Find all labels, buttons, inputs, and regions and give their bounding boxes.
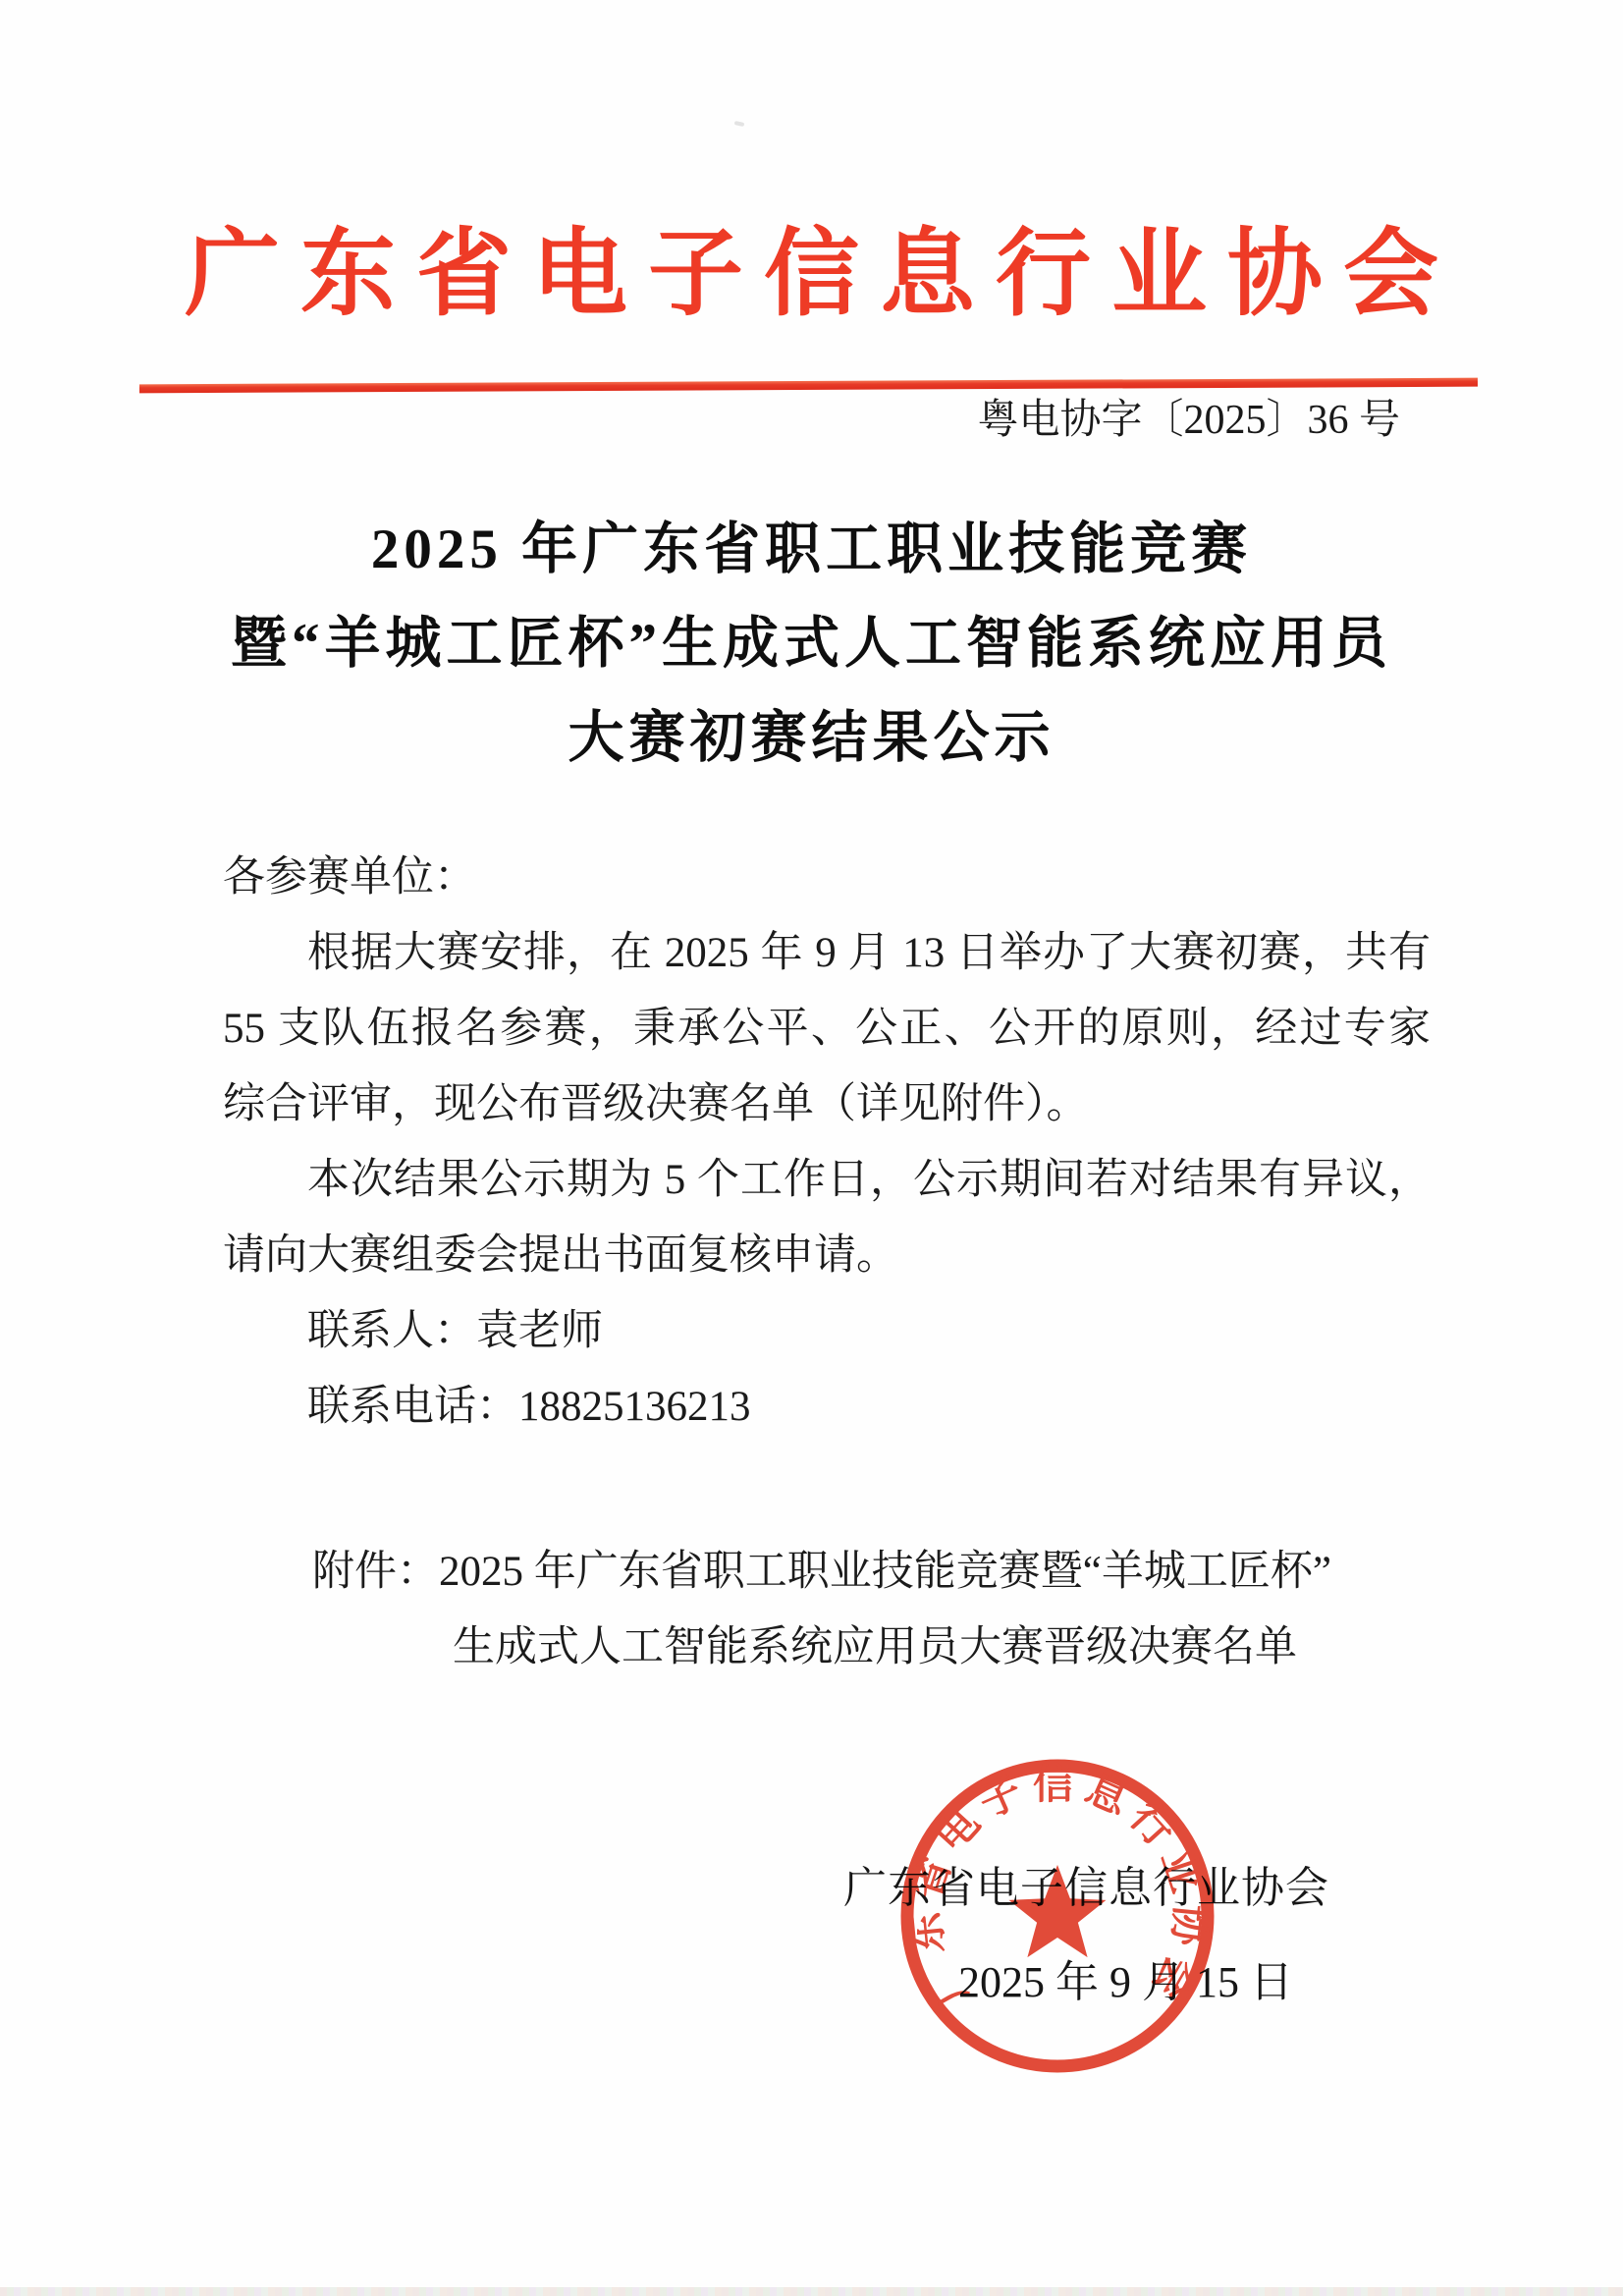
body-line: 请向大赛组委会提出书面复核申请。	[223, 1218, 1431, 1293]
contact-phone: 联系电话：18825136213	[223, 1369, 1431, 1445]
seal-star-icon	[1009, 1865, 1107, 1957]
scan-speck	[734, 121, 745, 127]
body-line: 根据大赛安排，在 2025 年 9 月 13 日举办了大赛初赛，共有	[223, 915, 1431, 991]
attachment-line-2: 生成式人工智能系统应用员大赛晋级决赛名单	[312, 1610, 1331, 1685]
doc-number: 粤电协字〔2025〕36 号	[977, 398, 1400, 443]
notice-title-line-2: 暨“羊城工匠杯”生成式人工智能系统应用员	[0, 597, 1623, 691]
body-text: 各参赛单位： 根据大赛安排，在 2025 年 9 月 13 日举办了大赛初赛，共…	[223, 840, 1431, 1445]
contact-person: 联系人：袁老师	[223, 1293, 1431, 1369]
official-seal: 广东省电子信息行业协会	[893, 1752, 1221, 2080]
notice-title: 2025 年广东省职工职业技能竞赛 暨“羊城工匠杯”生成式人工智能系统应用员 大…	[0, 503, 1623, 786]
notice-title-line-3: 大赛初赛结果公示	[0, 691, 1623, 786]
body-line: 本次结果公示期为 5 个工作日，公示期间若对结果有异议，	[223, 1142, 1431, 1218]
red-separator-line	[139, 378, 1478, 394]
document-page: 广东省电子信息行业协会 粤电协字〔2025〕36 号 2025 年广东省职工职业…	[0, 0, 1623, 2296]
body-line: 综合评审，现公布晋级决赛名单（详见附件）。	[223, 1066, 1431, 1142]
body-line: 55 支队伍报名参赛，秉承公平、公正、公开的原则，经过专家	[223, 991, 1431, 1066]
attachment-line-1: 附件：2025 年广东省职工职业技能竞赛暨“羊城工匠杯”	[312, 1534, 1331, 1610]
notice-title-line-1: 2025 年广东省职工职业技能竞赛	[0, 503, 1623, 597]
scan-artifact-strip	[0, 2287, 1623, 2296]
attachment-note: 附件：2025 年广东省职工职业技能竞赛暨“羊城工匠杯” 生成式人工智能系统应用…	[312, 1534, 1331, 1685]
salutation-line: 各参赛单位：	[223, 840, 1431, 915]
org-header-title: 广东省电子信息行业协会	[0, 224, 1623, 326]
